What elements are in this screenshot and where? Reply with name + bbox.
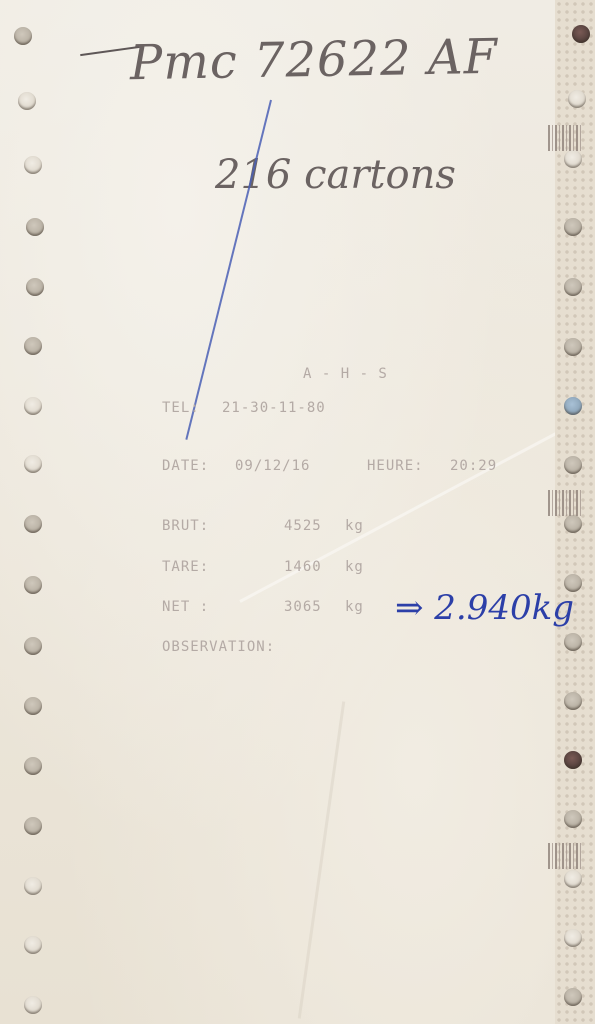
row-label: NET : (162, 599, 209, 615)
perforation-hole (24, 936, 42, 954)
perforation-hole (564, 692, 582, 710)
perforation-hole (24, 697, 42, 715)
edge-marking (548, 125, 582, 151)
perforation-hole (18, 92, 36, 110)
perforation-holes-left (14, 0, 44, 1024)
perforation-hole (564, 150, 582, 168)
perforation-hole (564, 988, 582, 1006)
paper-crease (298, 701, 346, 1018)
row-label: BRUT: (162, 518, 209, 534)
tel-label: TEL: (162, 400, 200, 416)
handwritten-net-correction: ⇒ 2.940kg (395, 588, 574, 628)
edge-marking (548, 490, 582, 516)
observation-label: OBSERVATION: (162, 639, 275, 655)
perforation-hole (26, 218, 44, 236)
perforation-hole (14, 27, 32, 45)
time-label: HEURE: (367, 458, 424, 474)
perforation-hole (24, 757, 42, 775)
perforation-hole (564, 633, 582, 651)
perforation-hole (564, 278, 582, 296)
blue-pen-stroke (185, 100, 272, 440)
perforation-hole (24, 156, 42, 174)
perforation-hole (26, 278, 44, 296)
receipt-header: A - H - S (303, 366, 388, 382)
perforation-hole (24, 397, 42, 415)
date-value: 09/12/16 (235, 458, 310, 474)
perforation-hole (24, 996, 42, 1014)
row-value: 3065 (284, 599, 322, 615)
perforation-hole (24, 637, 42, 655)
perforation-hole (564, 929, 582, 947)
row-value: 4525 (284, 518, 322, 534)
perforation-hole (564, 456, 582, 474)
perforation-hole (564, 397, 582, 415)
perforation-hole (564, 870, 582, 888)
row-unit: kg (345, 518, 364, 534)
perforation-hole (24, 877, 42, 895)
perforation-hole (24, 817, 42, 835)
perforation-hole (564, 810, 582, 828)
perforation-hole (564, 751, 582, 769)
perforation-hole (24, 515, 42, 533)
row-label: TARE: (162, 559, 209, 575)
row-value: 1460 (284, 559, 322, 575)
perforation-hole (572, 25, 590, 43)
row-unit: kg (345, 599, 364, 615)
perforation-hole (24, 576, 42, 594)
time-value: 20:29 (450, 458, 497, 474)
receipt-paper: Pmc 72622 AF 216 cartons A - H - S TEL: … (0, 0, 595, 1024)
edge-marking (548, 843, 582, 869)
perforation-hole (564, 515, 582, 533)
row-unit: kg (345, 559, 364, 575)
date-label: DATE: (162, 458, 209, 474)
perforation-hole (24, 455, 42, 473)
perforation-hole (564, 218, 582, 236)
perforation-hole (564, 338, 582, 356)
paper-fold (239, 431, 558, 603)
tel-value: 21-30-11-80 (222, 400, 326, 416)
handwritten-reference: Pmc 72622 AF (130, 29, 499, 91)
perforation-hole (568, 90, 586, 108)
perforation-hole (24, 337, 42, 355)
